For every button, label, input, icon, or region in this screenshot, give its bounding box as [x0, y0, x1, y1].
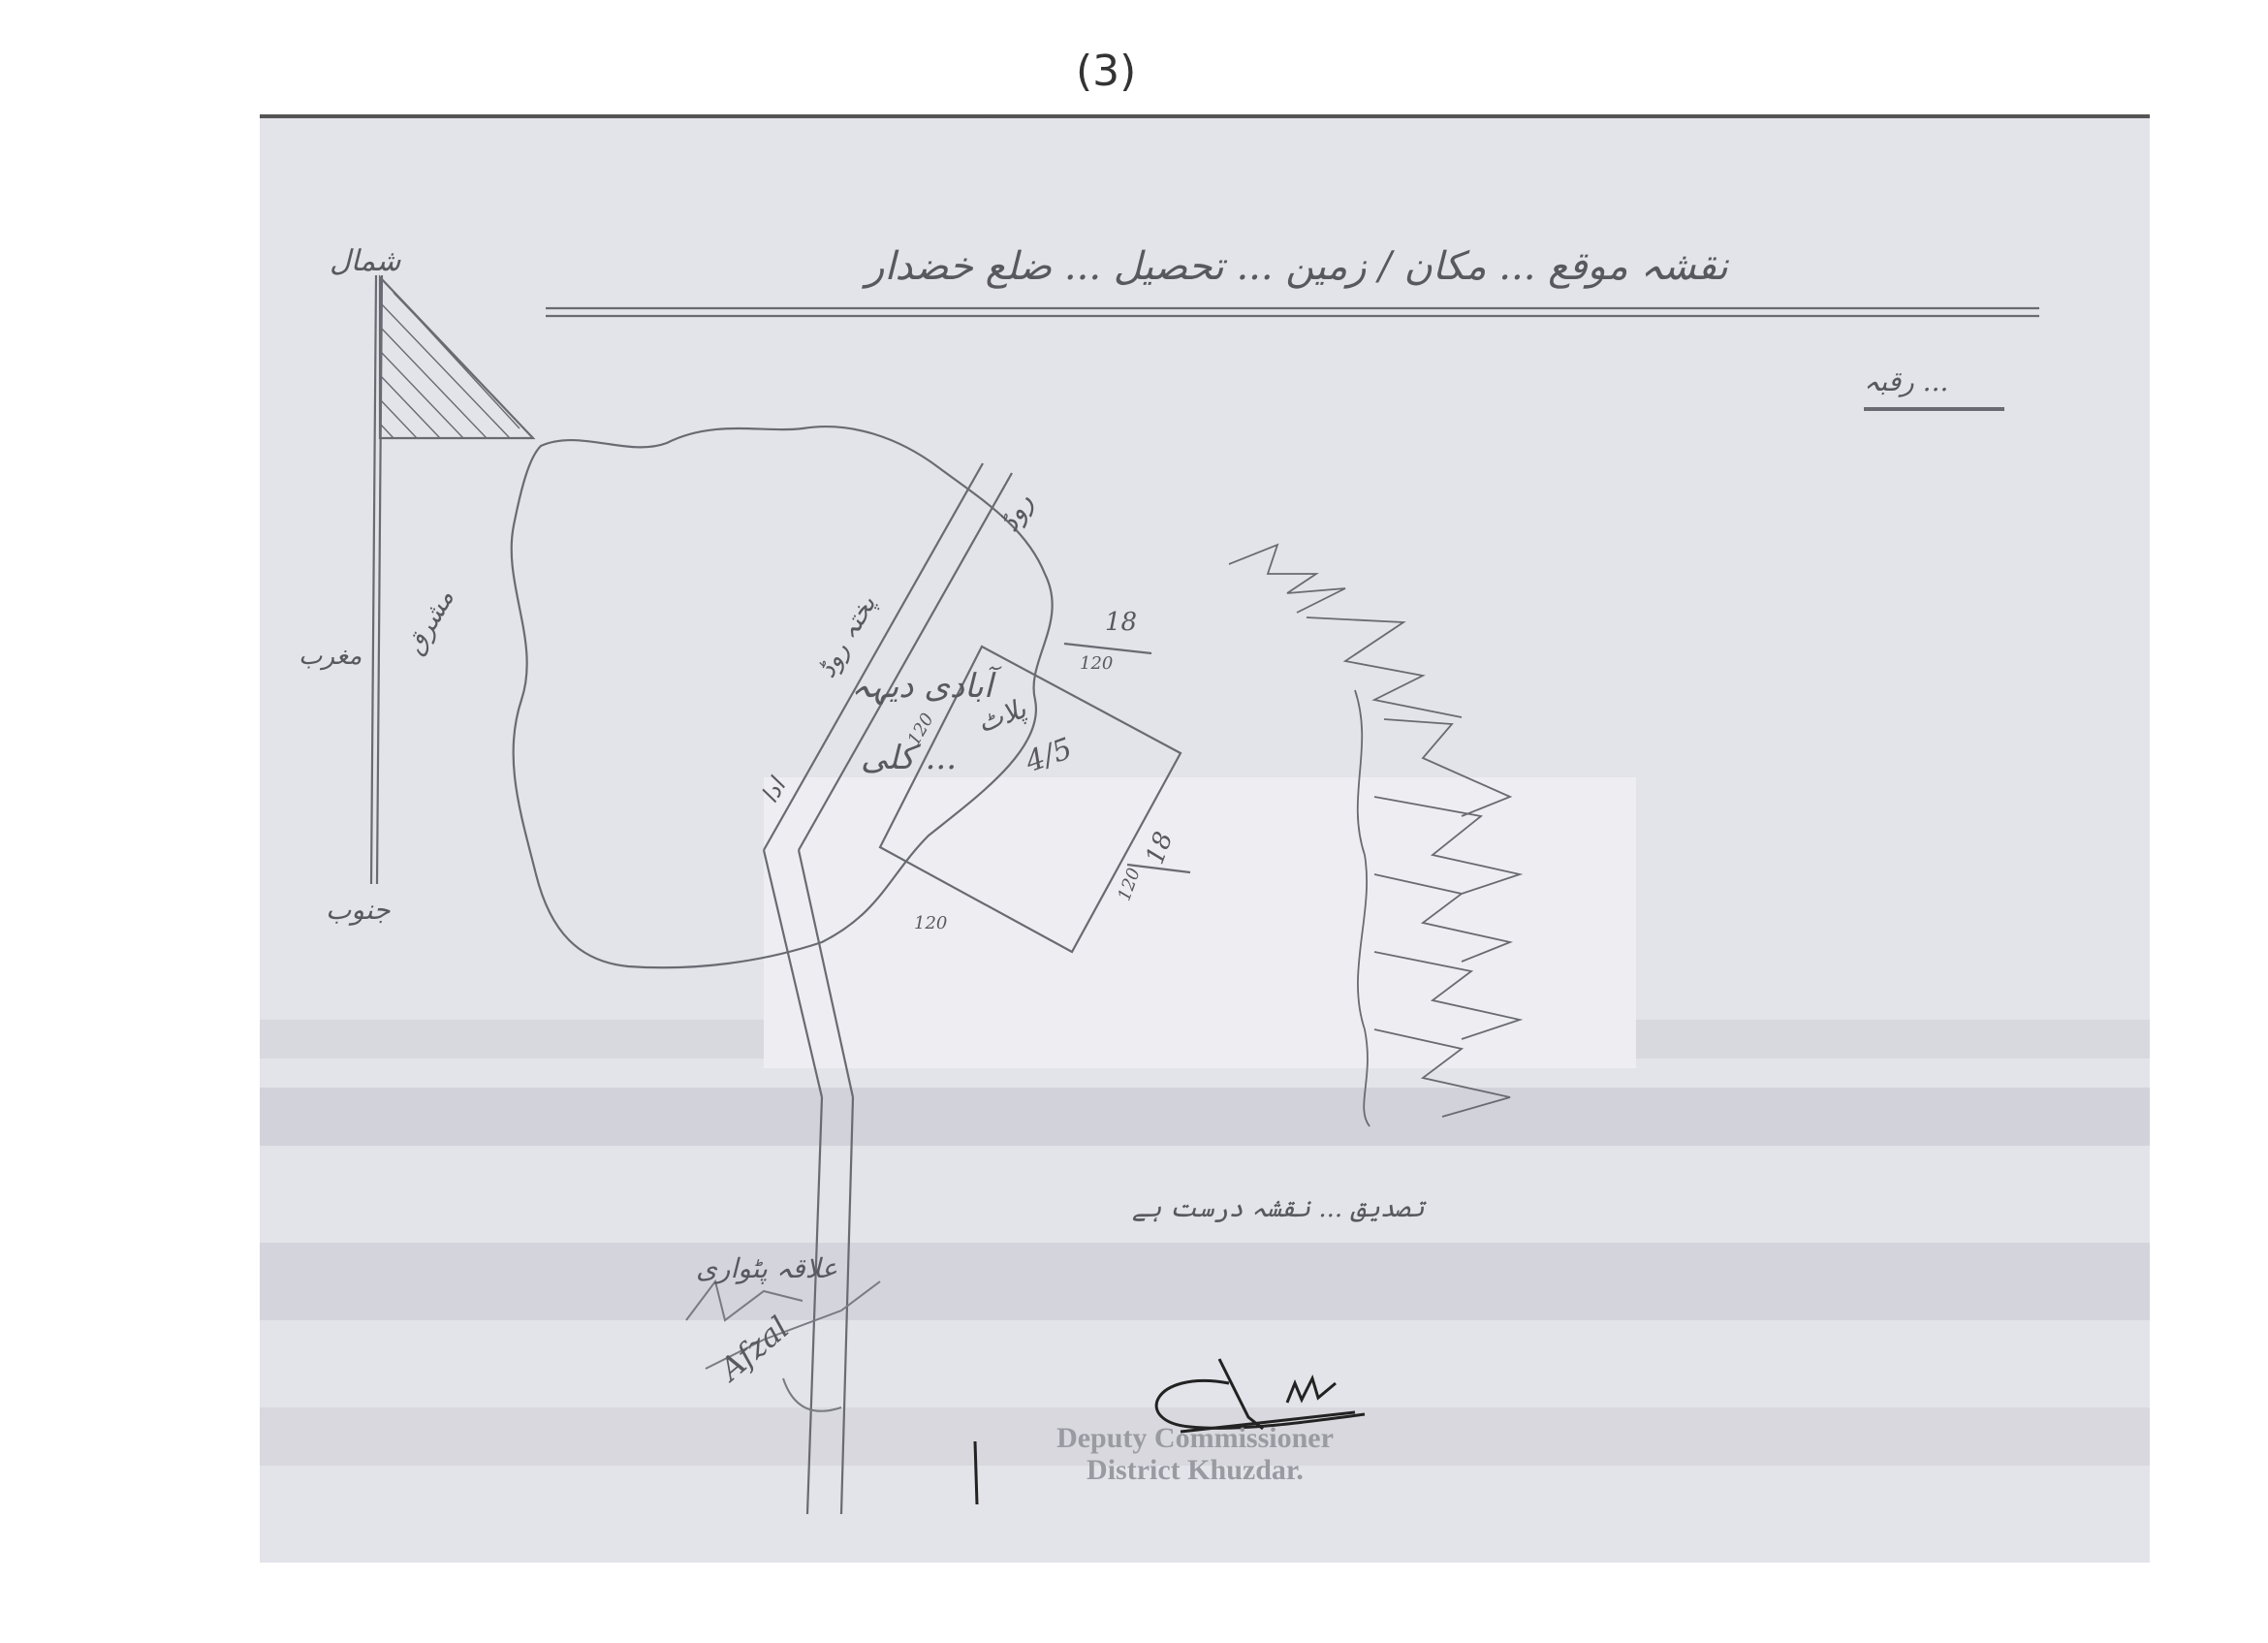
plot-top-measure-denominator: 120 — [1080, 653, 1113, 674]
patwari-signature: علاقہ پٹواری — [696, 1252, 837, 1284]
map-subtitle: ... رقبہ — [1864, 365, 1948, 397]
compass-south-label: جنوب — [326, 894, 391, 926]
settlement-area-label: آبادی دیہہ — [851, 666, 992, 706]
mountain-range — [1229, 545, 1520, 1126]
plot-bottom-measure: 120 — [914, 913, 947, 933]
compass-pole — [371, 275, 376, 884]
dc-stamp: Deputy Commissioner District Khuzdar. — [982, 1422, 1408, 1486]
page-number-circled: (3) — [1076, 47, 1136, 96]
stamp-line-designation: Deputy Commissioner — [982, 1422, 1408, 1454]
plot-top-measure: 18 — [1105, 608, 1137, 637]
verification-note: تصدیق ... نقشہ درست ہے — [1132, 1194, 1425, 1223]
map-title: نقشہ موقع ... مکان / زمین ... تحصیل ... … — [560, 244, 2033, 289]
compass-north-label: شمال — [330, 244, 400, 278]
map-drawing — [260, 118, 2150, 1563]
road-edge — [764, 463, 983, 850]
compass-west-label: مغرب — [299, 642, 362, 671]
settlement-name-label: ... کلی — [861, 739, 957, 777]
scanned-sketch-map: نقشہ موقع ... مکان / زمین ... تحصیل ... … — [260, 114, 2150, 1563]
stamp-line-district: District Khuzdar. — [982, 1454, 1408, 1486]
